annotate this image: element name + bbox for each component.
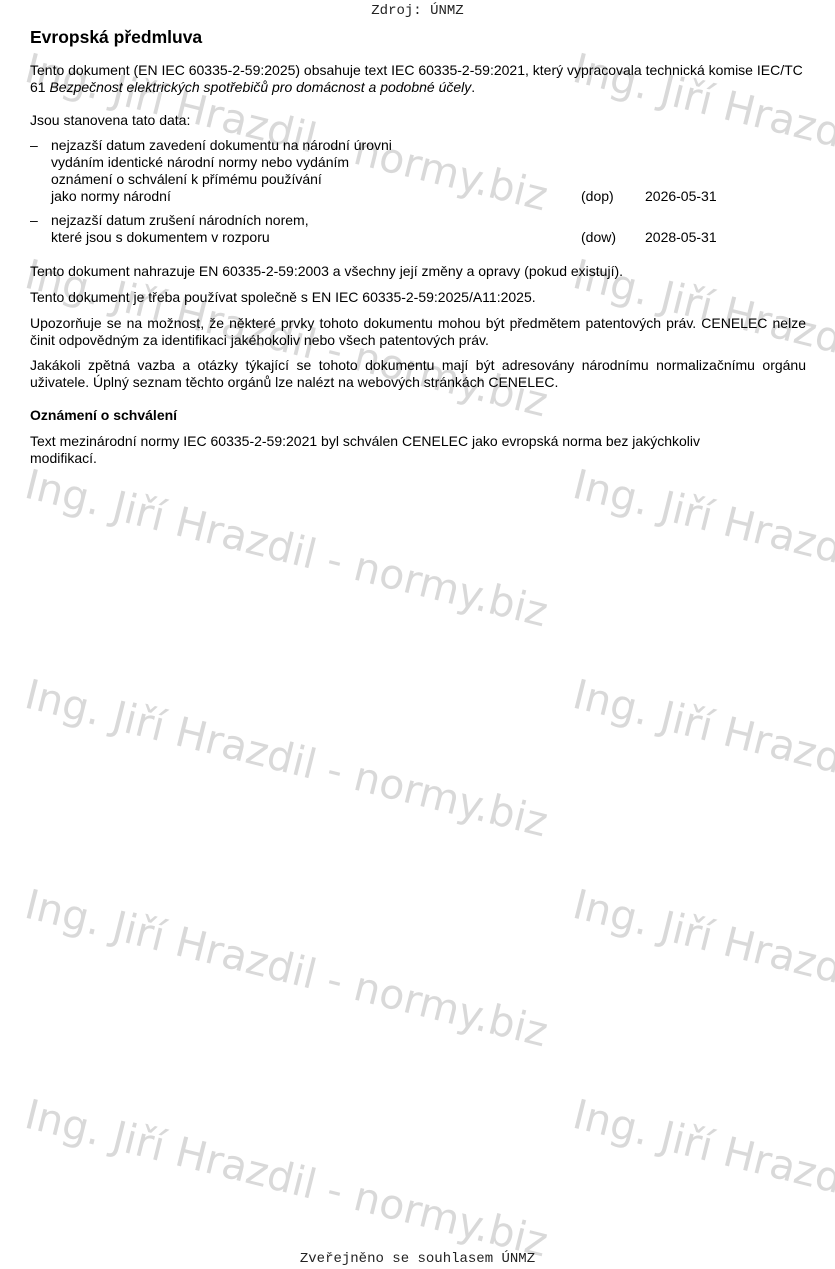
date-item-line: nejzazší datum zavedení dokumentu na nár… [51,137,571,154]
source-header: Zdroj: ÚNMZ [0,3,835,19]
date-value: 2028-05-31 [645,229,717,246]
page-title: Evropská předmluva [30,27,202,48]
watermark: Ing. Jiří Hrazdil - normy.biz [568,460,835,636]
watermark: Ing. Jiří Hrazdil - normy.biz [20,460,552,636]
endorsement-paragraph: Text mezinárodní normy IEC 60335-2-59:20… [30,433,750,467]
amendment-paragraph: Tento dokument je třeba používat společn… [30,289,806,306]
date-item-line: vydáním identické národní normy nebo vyd… [51,154,571,171]
date-value: 2026-05-31 [645,188,717,205]
date-item-dow: – nejzazší datum zrušení národních norem… [30,212,730,246]
date-item-dop: – nejzazší datum zavedení dokumentu na n… [30,137,730,205]
date-code: (dow) [581,229,616,246]
intro-paragraph: Tento dokument (EN IEC 60335-2-59:2025) … [30,62,806,96]
watermark: Ing. Jiří Hrazdil - normy.biz [568,1090,835,1266]
intro-end: . [471,79,475,95]
patent-paragraph: Upozorňuje se na možnost, že některé prv… [30,315,806,349]
date-item-line: které jsou s dokumentem v rozporu [51,229,571,246]
dates-intro: Jsou stanovena tato data: [30,112,806,129]
watermark: Ing. Jiří Hrazdil - normy.biz [568,670,835,846]
date-code: (dop) [581,188,614,205]
committee-title: Bezpečnost elektrických spotřebičů pro d… [49,79,471,95]
watermark: Ing. Jiří Hrazdil - normy.biz [568,880,835,1056]
date-item-line: jako normy národní [51,188,571,205]
date-item-line: oznámení o schválení k přímému používání [51,171,571,188]
date-item-line: nejzazší datum zrušení národních norem, [51,212,571,229]
dash-bullet: – [30,137,38,154]
supersedes-paragraph: Tento dokument nahrazuje EN 60335-2-59:2… [30,263,806,280]
published-footer: Zveřejněno se souhlasem ÚNMZ [0,1251,835,1267]
watermark: Ing. Jiří Hrazdil - normy.biz [20,670,552,846]
endorsement-heading: Oznámení o schválení [30,407,177,423]
watermark: Ing. Jiří Hrazdil - normy.biz [20,880,552,1056]
date-item-text: nejzazší datum zavedení dokumentu na nár… [51,137,571,205]
date-item-text: nejzazší datum zrušení národních norem, … [51,212,571,246]
feedback-paragraph: Jakákoli zpětná vazba a otázky týkající … [30,357,806,391]
watermark: Ing. Jiří Hrazdil - normy.biz [20,1090,552,1266]
dash-bullet: – [30,212,38,229]
